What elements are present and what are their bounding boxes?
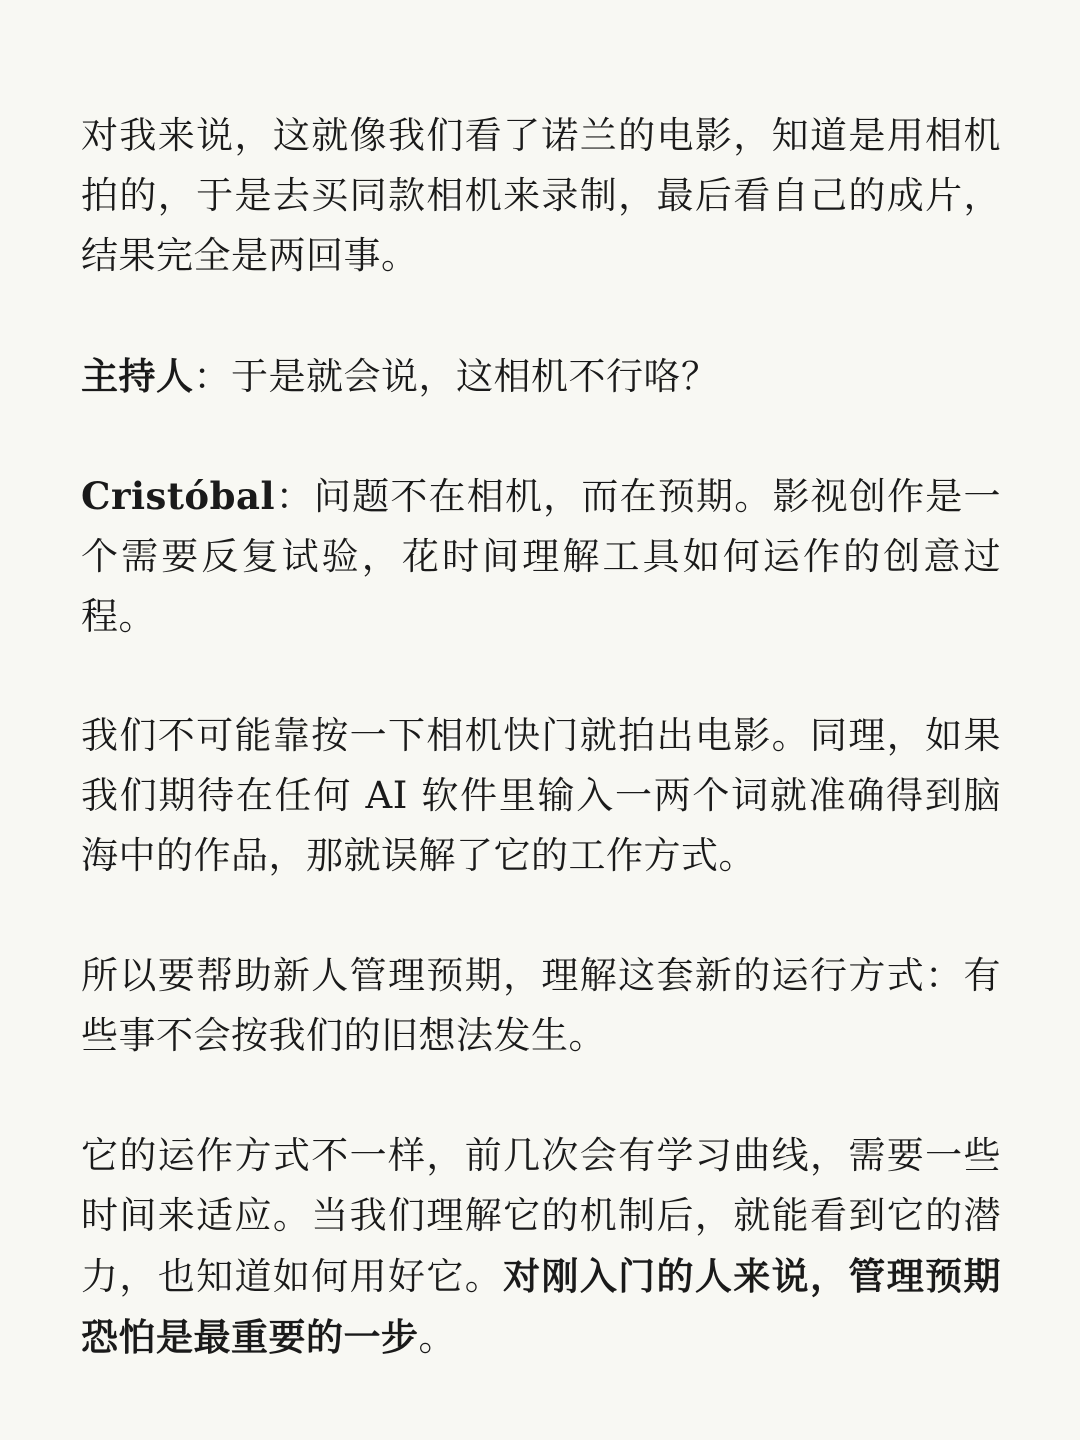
paragraph-text: 对我来说，这就像我们看了诺兰的电影，知道是用相机拍的，于是去买同款相机来录制，最… xyxy=(81,114,1001,277)
paragraph-manage-expectations: 所以要帮助新人管理预期，理解这套新的运行方式：有些事不会按我们的旧想法发生。 xyxy=(81,946,1001,1066)
paragraph-text: 于是就会说，这相机不行咯？ xyxy=(231,355,719,398)
speaker-cristobal: Cristóbal xyxy=(81,474,275,518)
paragraph-text: 所以要帮助新人管理预期，理解这套新的运行方式：有些事不会按我们的旧想法发生。 xyxy=(81,954,1001,1057)
paragraph-cristobal-answer: Cristóbal：问题不在相机，而在预期。影视创作是一个需要反复试验，花时间理… xyxy=(81,466,1001,647)
paragraph-learning-curve: 它的运作方式不一样，前几次会有学习曲线，需要一些时间来适应。当我们理解它的机制后… xyxy=(81,1126,1001,1368)
paragraph-nolan-analogy: 对我来说，这就像我们看了诺兰的电影，知道是用相机拍的，于是去买同款相机来录制，最… xyxy=(81,106,1001,286)
article-page: 对我来说，这就像我们看了诺兰的电影，知道是用相机拍的，于是去买同款相机来录制，最… xyxy=(0,0,1080,1440)
paragraph-text: 我们不可能靠按一下相机快门就拍出电影。同理，如果我们期待在任何 AI 软件里输入… xyxy=(81,714,1001,877)
paragraph-host-question: 主持人：于是就会说，这相机不行咯？ xyxy=(81,346,1001,407)
paragraph-end: 。 xyxy=(419,1316,457,1359)
speaker-host: 主持人 xyxy=(81,354,194,398)
speaker-separator: ： xyxy=(194,355,232,398)
paragraph-camera-shutter: 我们不可能靠按一下相机快门就拍出电影。同理，如果我们期待在任何 AI 软件里输入… xyxy=(81,706,1001,886)
speaker-separator: ： xyxy=(275,475,314,518)
